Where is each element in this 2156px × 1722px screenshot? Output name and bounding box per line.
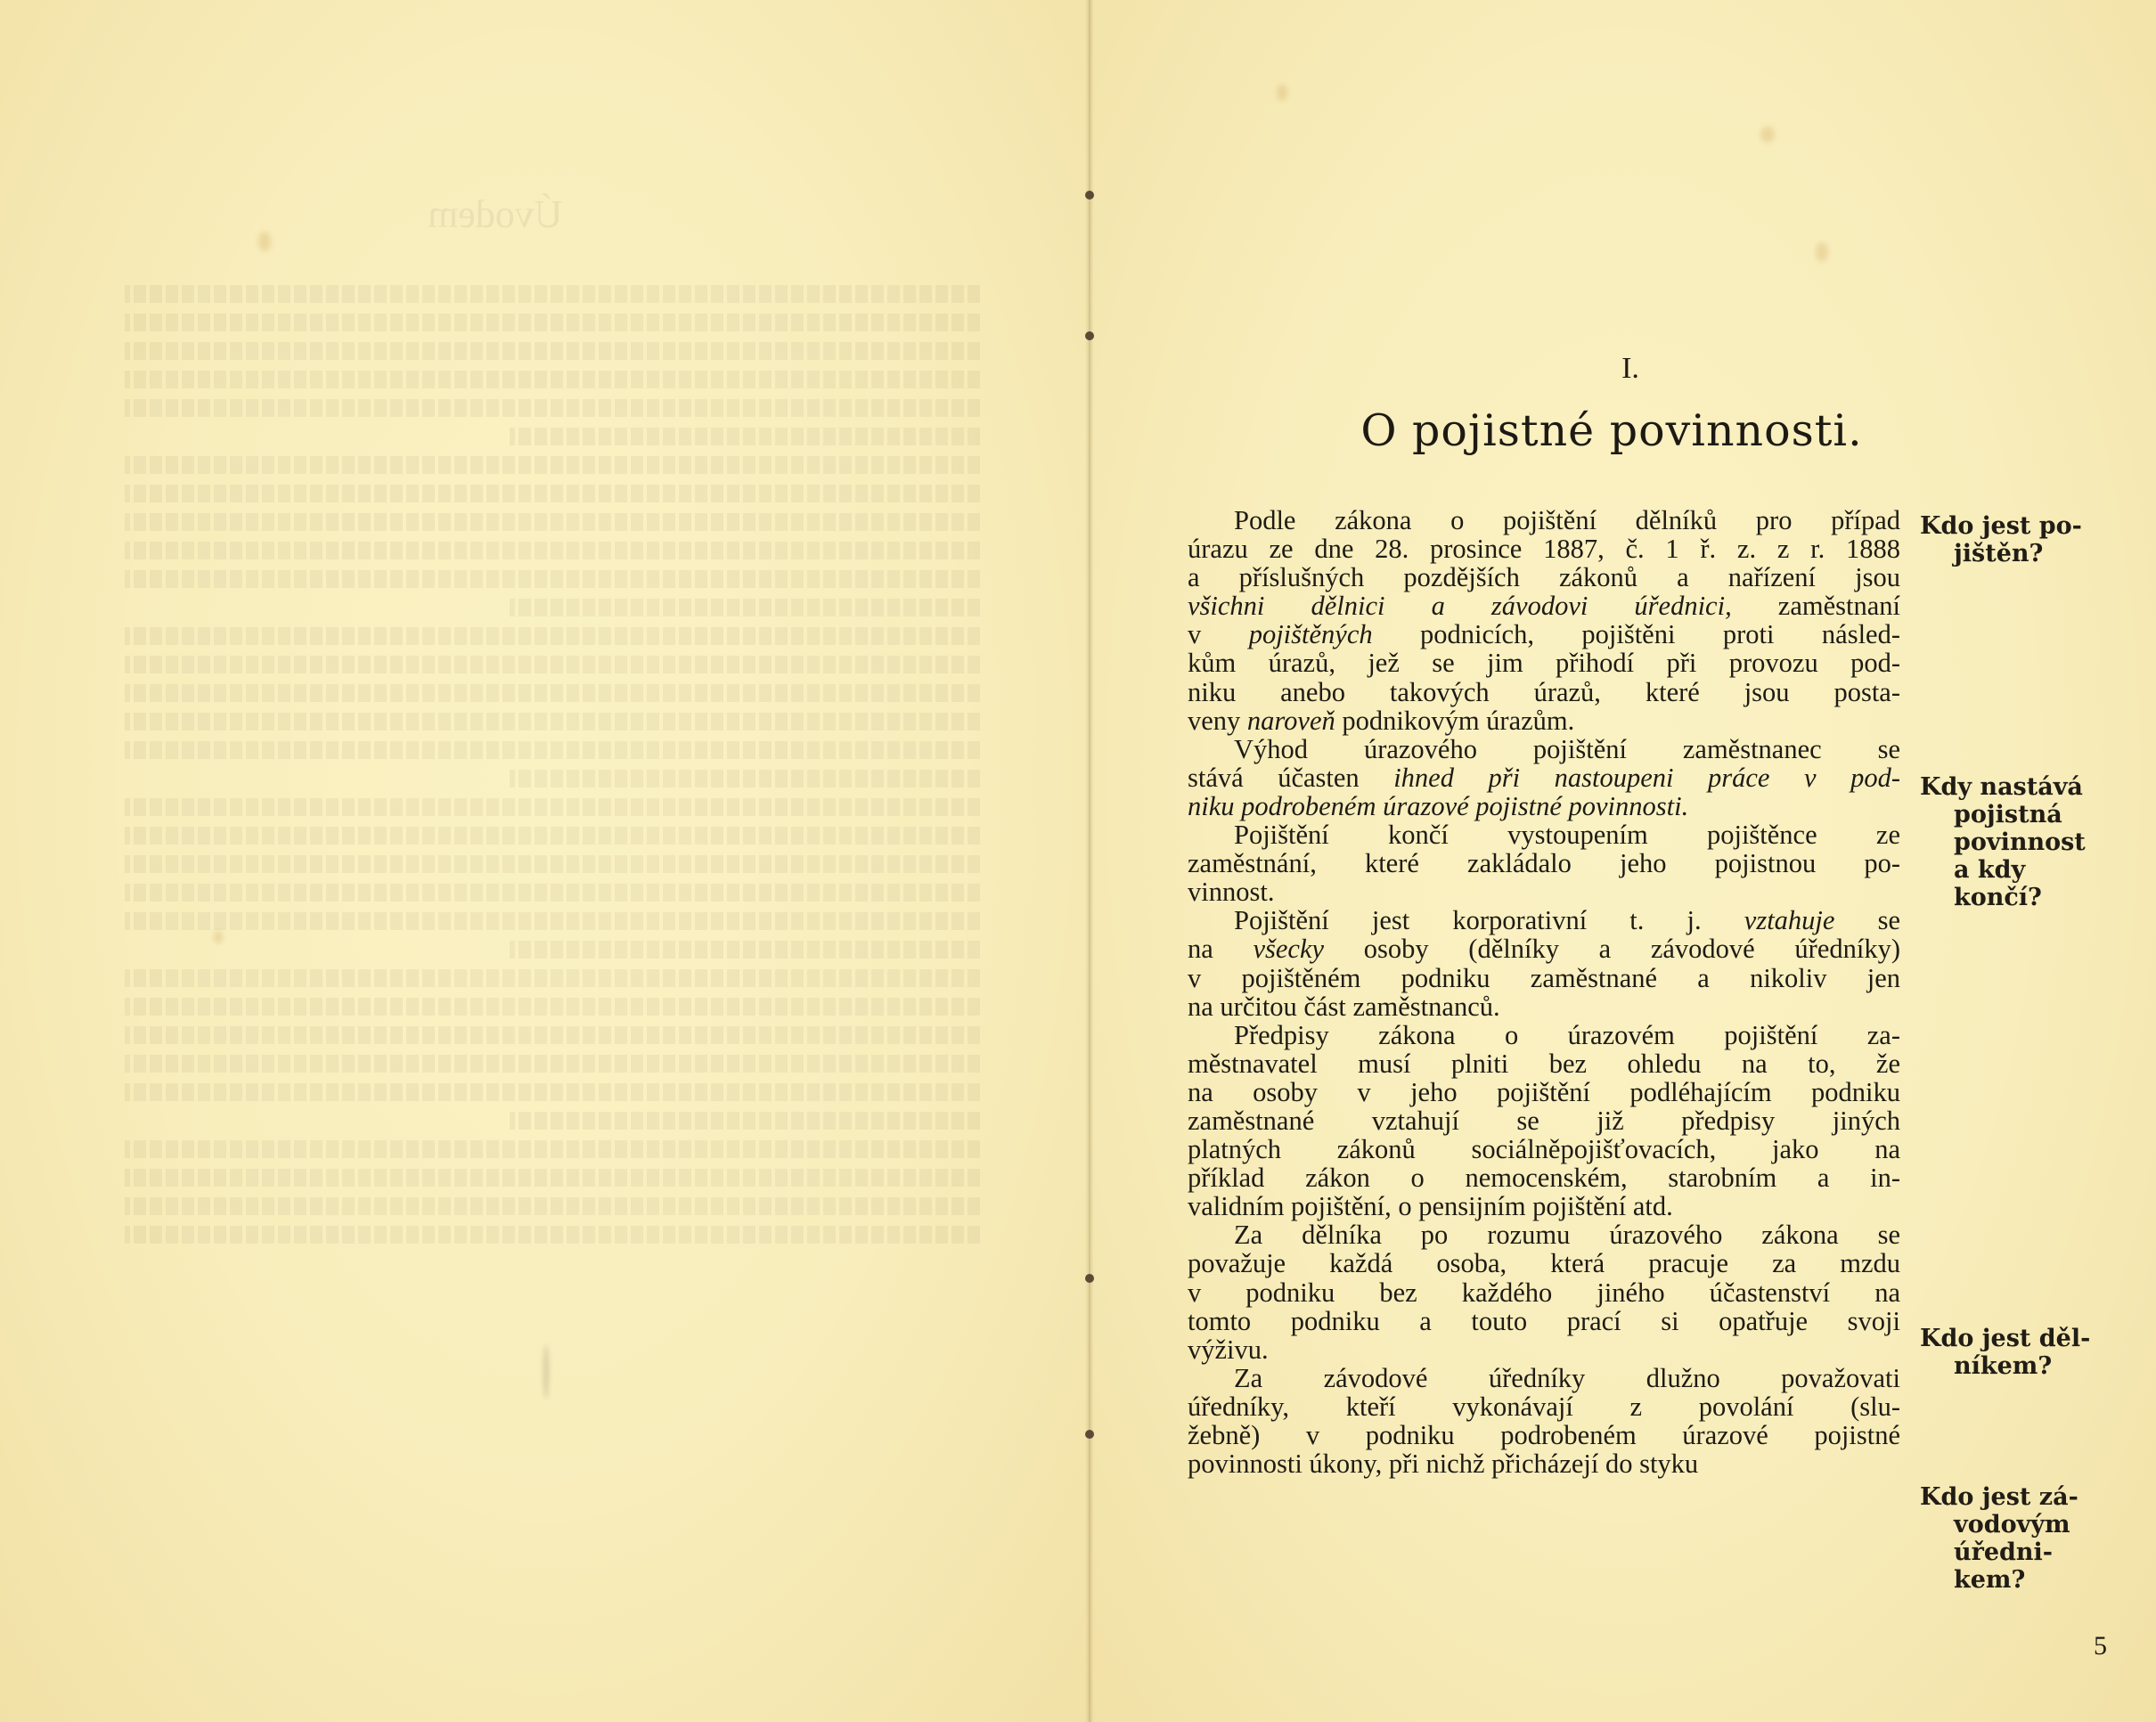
show-through-line bbox=[125, 684, 980, 702]
text-line: úředníky, kteří vykonávají z povolání (s… bbox=[1188, 1392, 1900, 1421]
gutter-fold bbox=[1085, 0, 1094, 1722]
binding-staple bbox=[1085, 331, 1094, 340]
text-line: úrazu ze dne 28. prosince 1887, č. 1 ř. … bbox=[1188, 535, 1900, 563]
show-through-line bbox=[125, 1226, 980, 1244]
text-line: vinnost. bbox=[1188, 877, 1900, 906]
text-line: v pojištěném podniku zaměstnané a nikoli… bbox=[1188, 964, 1900, 992]
page-number: 5 bbox=[2094, 1631, 2107, 1661]
text-line: Pojištění končí vystoupením pojištěnce z… bbox=[1188, 820, 1900, 849]
text-line: povinnosti úkony, při nichž přicházejí d… bbox=[1188, 1449, 1900, 1478]
show-through-line bbox=[125, 998, 980, 1016]
text-line: na osoby v jeho pojištění podléhajícím p… bbox=[1188, 1078, 1900, 1106]
text-line: a příslušných pozdějších zákonů a naříze… bbox=[1188, 563, 1900, 592]
text-line: Výhod úrazového pojištění zaměstnanec se bbox=[1188, 735, 1900, 763]
show-through-line bbox=[125, 570, 980, 588]
foxing-spot bbox=[214, 931, 223, 943]
show-through-line bbox=[125, 513, 980, 531]
text-line: Podle zákona o pojištění dělníků pro pří… bbox=[1188, 506, 1900, 535]
text-line: městnavatel musí plniti bez ohledu na to… bbox=[1188, 1049, 1900, 1078]
text-line: kům úrazů, jež se jim přihodí při provoz… bbox=[1188, 649, 1900, 677]
show-through-title: Úvodem bbox=[428, 192, 563, 237]
show-through-line bbox=[125, 884, 980, 902]
chapter-title: O pojistné povinnosti. bbox=[1188, 405, 2035, 456]
text-line: platných zákonů sociálněpojišťovacích, j… bbox=[1188, 1135, 1900, 1163]
show-through-line bbox=[125, 1169, 980, 1187]
stain-mark bbox=[543, 1345, 549, 1399]
text-line: validním pojištění, o pensijním pojištěn… bbox=[1188, 1192, 1900, 1220]
show-through-line bbox=[125, 1083, 980, 1101]
show-through-line bbox=[125, 1026, 980, 1044]
text-line: na určitou část zaměstnanců. bbox=[1188, 992, 1900, 1021]
show-through-line bbox=[510, 599, 980, 616]
margin-note-when-obligation-starts: Kdy nastává pojistná povinnost a kdy kon… bbox=[1920, 773, 2125, 911]
text-line: zaměstnané vztahují se již předpisy jiný… bbox=[1188, 1106, 1900, 1135]
show-through-line bbox=[125, 741, 980, 759]
show-through-line bbox=[125, 912, 980, 930]
chapter-number: I. bbox=[1604, 352, 1657, 386]
show-through-line bbox=[125, 855, 980, 873]
text-line: příklad zákon o nemocenském, starobním a… bbox=[1188, 1163, 1900, 1192]
text-line: všichni dělnici a závodovi úřednici, zam… bbox=[1188, 592, 1900, 620]
show-through-line bbox=[125, 371, 980, 388]
show-through-line bbox=[125, 1055, 980, 1073]
show-through-line bbox=[125, 627, 980, 645]
show-through-line bbox=[510, 1112, 980, 1130]
text-line: na všecky osoby (dělníky a závodové úřed… bbox=[1188, 934, 1900, 963]
text-line: výživu. bbox=[1188, 1335, 1900, 1364]
show-through-line bbox=[125, 656, 980, 673]
show-through-line bbox=[125, 798, 980, 816]
text-line: Za závodové úředníky dlužno považovati bbox=[1188, 1364, 1900, 1392]
text-line: stává účasten ihned při nastoupeni práce… bbox=[1188, 763, 1900, 792]
binding-staple bbox=[1085, 1430, 1094, 1439]
show-through-line bbox=[125, 456, 980, 474]
text-line: Předpisy zákona o úrazovém pojištění za- bbox=[1188, 1021, 1900, 1049]
text-line: niku anebo takových úrazů, které jsou po… bbox=[1188, 678, 1900, 706]
text-line: Za dělníka po rozumu úrazového zákona se bbox=[1188, 1220, 1900, 1249]
show-through-line bbox=[125, 342, 980, 360]
text-line: v podniku bez každého jiného účastenství… bbox=[1188, 1278, 1900, 1307]
binding-staple bbox=[1085, 1274, 1094, 1283]
foxing-spot bbox=[1760, 126, 1775, 143]
show-through-line bbox=[125, 969, 980, 987]
show-through-line bbox=[510, 770, 980, 788]
text-line: Pojištění jest korporativní t. j. vztahu… bbox=[1188, 906, 1900, 934]
binding-staple bbox=[1085, 191, 1094, 200]
show-through-line bbox=[125, 399, 980, 417]
show-through-line bbox=[125, 285, 980, 303]
text-line: žebně) v podniku podrobeném úrazové poji… bbox=[1188, 1421, 1900, 1449]
margin-note-who-is-official: Kdo jest zá- vodovým úředni- kem? bbox=[1920, 1483, 2125, 1594]
margin-note-who-is-insured: Kdo jest po- jištěn? bbox=[1920, 512, 2125, 567]
show-through-line bbox=[510, 941, 980, 959]
show-through-line bbox=[125, 1197, 980, 1215]
margin-note-who-is-worker: Kdo jest děl- níkem? bbox=[1920, 1325, 2125, 1380]
text-line: v pojištěných podnicích, pojištěni proti… bbox=[1188, 620, 1900, 649]
foxing-spot bbox=[258, 232, 271, 251]
show-through-line bbox=[125, 713, 980, 730]
show-through-line bbox=[125, 314, 980, 331]
text-line: niku podrobeném úrazové pojistné povinno… bbox=[1188, 792, 1900, 820]
show-through-line bbox=[125, 827, 980, 845]
show-through-line bbox=[125, 1140, 980, 1158]
text-line: tomto podniku a touto prací si opatřuje … bbox=[1188, 1307, 1900, 1335]
foxing-spot bbox=[1816, 242, 1828, 262]
text-line: považuje každá osoba, která pracuje za m… bbox=[1188, 1249, 1900, 1277]
foxing-spot bbox=[1277, 85, 1287, 101]
text-line: zaměstnání, které zakládalo jeho pojistn… bbox=[1188, 849, 1900, 877]
body-text: Podle zákona o pojištění dělníků pro pří… bbox=[1188, 506, 1900, 1478]
show-through-line bbox=[510, 428, 980, 445]
show-through-line bbox=[125, 542, 980, 559]
show-through-line bbox=[125, 485, 980, 502]
left-page: Úvodem bbox=[0, 0, 1090, 1722]
show-through-text bbox=[125, 285, 980, 1254]
text-line: veny naroveň podnikovým úrazům. bbox=[1188, 706, 1900, 735]
book-spread: Úvodem I. O pojistné povinnosti. Podle z… bbox=[0, 0, 2156, 1722]
